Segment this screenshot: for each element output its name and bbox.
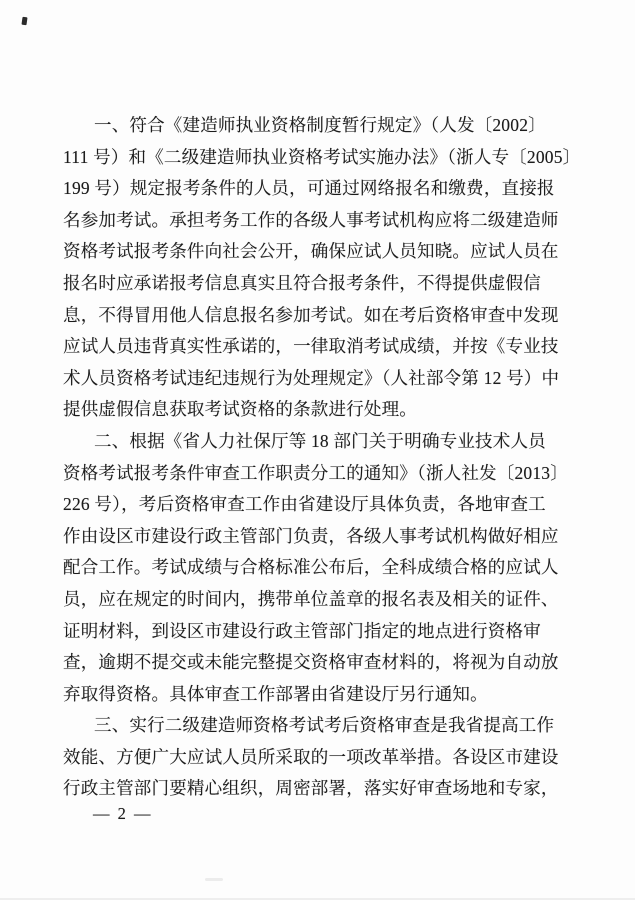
text-line: 效能、方便广大应试人员所采取的一项改革举措。各设区市建设 <box>63 742 565 774</box>
text-line: 查，逾期不提交或未能完整提交资格审查材料的，将视为自动放 <box>63 647 565 679</box>
document-body: 一、符合《建造师执业资格制度暂行规定》（人发〔2002〕111 号）和《二级建造… <box>63 110 565 805</box>
scanned-document-page: 一、符合《建造师执业资格制度暂行规定》（人发〔2002〕111 号）和《二级建造… <box>0 0 635 900</box>
text-line: 作由设区市建设行政主管部门负责，各级人事考试机构做好相应 <box>63 521 565 553</box>
text-line: 应试人员违背真实性承诺的，一律取消考试成绩，并按《专业技 <box>63 331 565 363</box>
text-line: 配合工作。考试成绩与合格标准公布后，全科成绩合格的应试人 <box>63 552 565 584</box>
text-line: 111 号）和《二级建造师执业资格考试实施办法》（浙人专〔2005〕 <box>63 142 565 174</box>
text-line: 行政主管部门要精心组织，周密部署，落实好审查场地和专家， <box>63 773 565 805</box>
text-line: 证明材料，到设区市建设行政主管部门指定的地点进行资格审 <box>63 616 565 648</box>
text-line: 名参加考试。承担考务工作的各级人事考试机构应将二级建造师 <box>63 205 565 237</box>
text-line: 报名时应承诺报考信息真实且符合报考条件，不得提供虚假信 <box>63 268 565 300</box>
text-line: 提供虚假信息获取考试资格的条款进行处理。 <box>63 394 565 426</box>
text-line: 弃取得资格。具体审查工作部署由省建设厅另行通知。 <box>63 679 565 711</box>
text-line: 资格考试报考条件向社会公开，确保应试人员知晓。应试人员在 <box>63 236 565 268</box>
page-number: — 2 — <box>93 804 153 824</box>
text-line: 员，应在规定的时间内，携带单位盖章的报名表及相关的证件、 <box>63 584 565 616</box>
scan-artifact-speck <box>21 17 27 26</box>
text-line: 二、根据《省人力社保厅等 18 部门关于明确专业技术人员 <box>63 426 565 458</box>
text-line: 息，不得冒用他人信息报名参加考试。如在考后资格审查中发现 <box>63 300 565 332</box>
text-line: 资格考试报考条件审查工作职责分工的通知》（浙人社发〔2013〕 <box>63 458 565 490</box>
text-line: 术人员资格考试违纪违规行为处理规定》（人社部令第 12 号）中 <box>63 363 565 395</box>
text-line: 199 号）规定报考条件的人员，可通过网络报名和缴费，直接报 <box>63 173 565 205</box>
scan-artifact-smudge <box>205 878 223 881</box>
text-line: 226 号），考后资格审查工作由省建设厅具体负责，各地审查工 <box>63 489 565 521</box>
text-line: 三、实行二级建造师资格考试考后资格审查是我省提高工作 <box>63 710 565 742</box>
text-line: 一、符合《建造师执业资格制度暂行规定》（人发〔2002〕 <box>63 110 565 142</box>
